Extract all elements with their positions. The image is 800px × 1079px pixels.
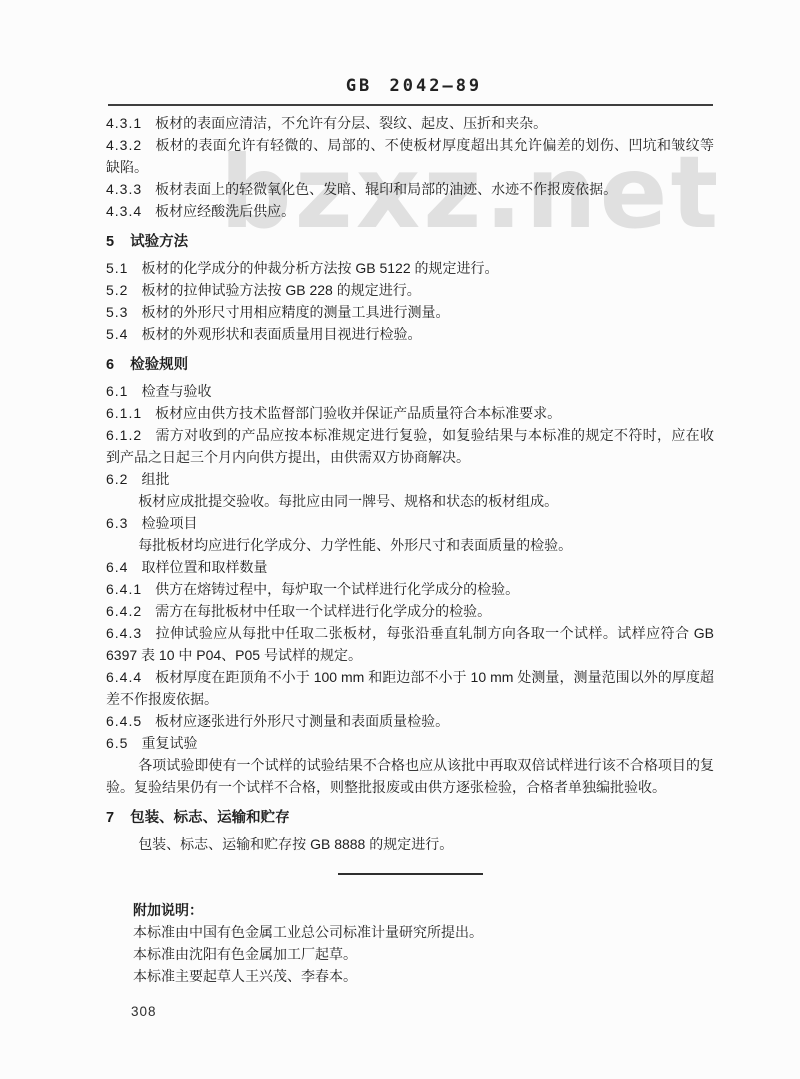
note-line: 本标准由中国有色金属工业总公司标准计量研究所提出。 bbox=[133, 921, 714, 943]
clause-4.3.3: 4.3.3板材表面上的轻微氧化色、发暗、辊印和局部的油迹、水迹不作报废依据。 bbox=[106, 178, 714, 200]
clause-number: 6.4 bbox=[106, 559, 128, 575]
clause-6.3: 6.3检验项目 bbox=[106, 512, 714, 534]
clause-text: 试验方法 bbox=[130, 234, 188, 250]
clause-text: 板材应经酸洗后供应。 bbox=[155, 203, 295, 219]
clause-text: 供方在熔铸过程中，每炉取一个试样进行化学成分的检验。 bbox=[155, 581, 519, 597]
additional-notes-heading: 附加说明： bbox=[133, 899, 714, 921]
clause-5.1: 5.1板材的化学成分的仲裁分析方法按 GB 5122 的规定进行。 bbox=[106, 257, 714, 279]
clause-text: 板材应逐张进行外形尺寸测量和表面质量检验。 bbox=[155, 713, 449, 729]
clause-number: 6.3 bbox=[106, 515, 128, 531]
clause-number: 6.4.4 bbox=[106, 669, 142, 685]
clause-text: 板材应成批提交验收。每批应由同一牌号、规格和状态的板材组成。 bbox=[138, 493, 558, 509]
clause-number: 6 bbox=[106, 357, 115, 373]
clause-number: 6.4.3 bbox=[106, 625, 142, 641]
clause-text: 包装、标志、运输和贮存 bbox=[130, 810, 290, 826]
clause-text: 附加说明： bbox=[133, 902, 203, 918]
clause-text: 检验项目 bbox=[141, 515, 197, 531]
clause-text: 每批板材均应进行化学成分、力学性能、外形尺寸和表面质量的检验。 bbox=[138, 537, 572, 553]
clause-6.4.3: 6.4.3拉伸试验应从每批中任取二张板材，每张沿垂直轧制方向各取一个试样。试样应… bbox=[106, 622, 714, 666]
header-rule bbox=[108, 104, 713, 106]
clause-number: 4.3.3 bbox=[106, 181, 142, 197]
section-heading-5: 5试验方法 bbox=[106, 231, 714, 253]
clause-text: 需方对收到的产品应按本标准规定进行复验，如复验结果与本标准的规定不符时，应在收到… bbox=[106, 427, 714, 465]
clause-text: 板材的外观形状和表面质量用目视进行检验。 bbox=[141, 326, 421, 342]
clause-number: 5.4 bbox=[106, 326, 128, 342]
clause-number: 6.4.5 bbox=[106, 713, 142, 729]
paragraph: 板材应成批提交验收。每批应由同一牌号、规格和状态的板材组成。 bbox=[106, 490, 714, 512]
section-heading-6: 6检验规则 bbox=[106, 354, 714, 376]
standard-number-header: GB 2042—89 bbox=[0, 76, 800, 96]
clause-text: 板材的表面允许有轻微的、局部的、不使板材厚度超出其允许偏差的划伤、凹坑和皱纹等缺… bbox=[106, 137, 714, 175]
clause-number: 5.3 bbox=[106, 304, 128, 320]
clause-number: 6.4.1 bbox=[106, 581, 142, 597]
clause-text: 板材厚度在距顶角不小于 100 mm 和距边部不小于 10 mm 处测量，测量范… bbox=[106, 669, 714, 707]
clause-number: 6.2 bbox=[106, 471, 128, 487]
clause-text: 检验规则 bbox=[130, 357, 188, 373]
clause-4.3.1: 4.3.1板材的表面应清洁，不允许有分层、裂纹、起皮、压折和夹杂。 bbox=[106, 112, 714, 134]
clause-number: 6.5 bbox=[106, 735, 128, 751]
clause-text: 组批 bbox=[141, 471, 169, 487]
clause-text: 各项试验即使有一个试样的试验结果不合格也应从该批中再取双倍试样进行该不合格项目的… bbox=[106, 757, 714, 795]
clause-number: 7 bbox=[106, 810, 115, 826]
clause-6.1.2: 6.1.2需方对收到的产品应按本标准规定进行复验，如复验结果与本标准的规定不符时… bbox=[106, 424, 714, 468]
clause-text: 检查与验收 bbox=[141, 383, 211, 399]
document-body: 4.3.1板材的表面应清洁，不允许有分层、裂纹、起皮、压折和夹杂。4.3.2板材… bbox=[106, 112, 714, 987]
clause-6.4.1: 6.4.1供方在熔铸过程中，每炉取一个试样进行化学成分的检验。 bbox=[106, 578, 714, 600]
clause-number: 4.3.2 bbox=[106, 137, 142, 153]
clause-number: 4.3.1 bbox=[106, 115, 142, 131]
clause-5.4: 5.4板材的外观形状和表面质量用目视进行检验。 bbox=[106, 323, 714, 345]
clause-number: 4.3.4 bbox=[106, 203, 142, 219]
clause-number: 6.1 bbox=[106, 383, 128, 399]
paragraph: 包装、标志、运输和贮存按 GB 8888 的规定进行。 bbox=[106, 833, 714, 855]
clause-6.5: 6.5重复试验 bbox=[106, 732, 714, 754]
clause-number: 6.4.2 bbox=[106, 603, 142, 619]
clause-text: 本标准由沈阳有色金属加工厂起草。 bbox=[133, 946, 357, 962]
clause-6.4.2: 6.4.2需方在每批板材中任取一个试样进行化学成分的检验。 bbox=[106, 600, 714, 622]
clause-number: 5.2 bbox=[106, 282, 128, 298]
clause-text: 拉伸试验应从每批中任取二张板材，每张沿垂直轧制方向各取一个试样。试样应符合 GB… bbox=[106, 625, 714, 663]
clause-6.4: 6.4取样位置和取样数量 bbox=[106, 556, 714, 578]
clause-6.4.4: 6.4.4板材厚度在距顶角不小于 100 mm 和距边部不小于 10 mm 处测… bbox=[106, 666, 714, 710]
clause-6.1.1: 6.1.1板材应由供方技术监督部门验收并保证产品质量符合本标准要求。 bbox=[106, 402, 714, 424]
note-line: 本标准由沈阳有色金属加工厂起草。 bbox=[133, 943, 714, 965]
clause-6.4.5: 6.4.5板材应逐张进行外形尺寸测量和表面质量检验。 bbox=[106, 710, 714, 732]
clause-text: 板材表面上的轻微氧化色、发暗、辊印和局部的油迹、水迹不作报废依据。 bbox=[155, 181, 617, 197]
clause-text: 板材应由供方技术监督部门验收并保证产品质量符合本标准要求。 bbox=[155, 405, 561, 421]
clause-number: 5 bbox=[106, 234, 115, 250]
clause-6.1: 6.1检查与验收 bbox=[106, 380, 714, 402]
page-number: 308 bbox=[131, 1004, 157, 1019]
clause-number: 5.1 bbox=[106, 260, 128, 276]
clause-text: 板材的表面应清洁，不允许有分层、裂纹、起皮、压折和夹杂。 bbox=[155, 115, 547, 131]
clause-5.3: 5.3板材的外形尺寸用相应精度的测量工具进行测量。 bbox=[106, 301, 714, 323]
section-heading-7: 7包装、标志、运输和贮存 bbox=[106, 807, 714, 829]
clause-text: 板材的化学成分的仲裁分析方法按 GB 5122 的规定进行。 bbox=[141, 260, 498, 276]
document-page: bzxz.net GB 2042—89 4.3.1板材的表面应清洁，不允许有分层… bbox=[0, 0, 800, 1079]
clause-text: 本标准由中国有色金属工业总公司标准计量研究所提出。 bbox=[133, 924, 483, 940]
note-line: 本标准主要起草人王兴茂、李春本。 bbox=[133, 965, 714, 987]
clause-text: 需方在每批板材中任取一个试样进行化学成分的检验。 bbox=[155, 603, 491, 619]
clause-text: 本标准主要起草人王兴茂、李春本。 bbox=[133, 968, 357, 984]
clause-text: 重复试验 bbox=[141, 735, 197, 751]
clause-4.3.2: 4.3.2板材的表面允许有轻微的、局部的、不使板材厚度超出其允许偏差的划伤、凹坑… bbox=[106, 134, 714, 178]
clause-text: 板材的拉伸试验方法按 GB 228 的规定进行。 bbox=[141, 282, 420, 298]
clause-number: 6.1.2 bbox=[106, 427, 142, 443]
section-divider bbox=[338, 873, 483, 875]
paragraph: 各项试验即使有一个试样的试验结果不合格也应从该批中再取双倍试样进行该不合格项目的… bbox=[106, 754, 714, 798]
clause-text: 包装、标志、运输和贮存按 GB 8888 的规定进行。 bbox=[138, 836, 453, 852]
clause-5.2: 5.2板材的拉伸试验方法按 GB 228 的规定进行。 bbox=[106, 279, 714, 301]
clause-number: 6.1.1 bbox=[106, 405, 142, 421]
clause-text: 板材的外形尺寸用相应精度的测量工具进行测量。 bbox=[141, 304, 449, 320]
paragraph: 每批板材均应进行化学成分、力学性能、外形尺寸和表面质量的检验。 bbox=[106, 534, 714, 556]
clause-text: 取样位置和取样数量 bbox=[141, 559, 267, 575]
clause-6.2: 6.2组批 bbox=[106, 468, 714, 490]
clause-4.3.4: 4.3.4板材应经酸洗后供应。 bbox=[106, 200, 714, 222]
